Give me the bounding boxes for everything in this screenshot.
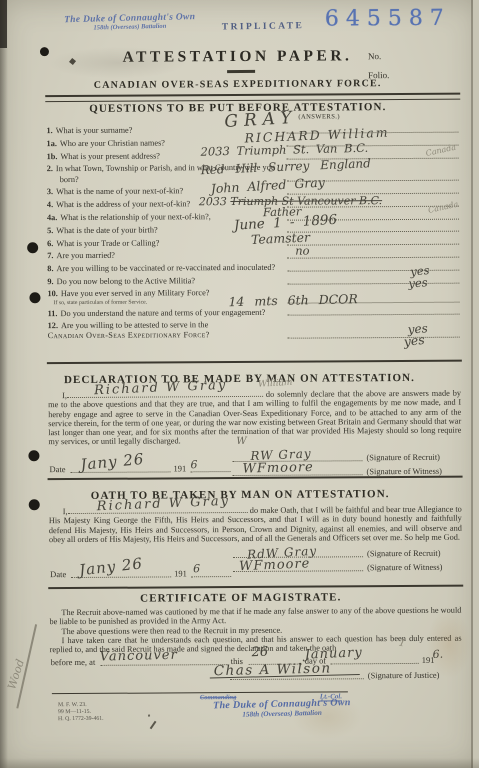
oath-year-handwritten: 6 <box>193 563 200 574</box>
answer-inoculated: yes <box>408 277 428 290</box>
question-text: What is the date of your birth? <box>56 225 157 235</box>
question-row-8: 8.Are you willing to be vaccinated or re… <box>47 262 461 275</box>
triplicate-stamp: TRIPLICATE <box>222 21 305 32</box>
oath-witness-sig-label: (Signature of Witness) <box>367 563 442 572</box>
section-rule <box>47 360 462 364</box>
declaration-title: DECLARATION TO BE MADE BY MAN ON ATTESTA… <box>0 372 479 387</box>
declaration-year-handwritten: 6 <box>190 459 197 470</box>
question-number: 11. <box>48 309 58 318</box>
answer-line <box>287 274 459 284</box>
ink-blot <box>28 450 39 461</box>
certificate-before-label: before me, at <box>51 657 96 667</box>
question-text: Do you now belong to the Active Militia? <box>57 276 196 286</box>
ink-blot <box>29 499 40 510</box>
declaration-witness-sig-label: (Signature of Witness) <box>367 467 442 476</box>
title-underline <box>227 70 255 73</box>
question-number: 1a. <box>47 139 57 148</box>
answer-married: no <box>295 246 309 258</box>
oath-title: OATH TO BE TAKEN BY MAN ON ATTESTATION. <box>1 488 479 503</box>
question-number: 4a. <box>47 213 57 222</box>
justice-sig-line <box>230 678 364 680</box>
question-number: 7. <box>47 252 53 261</box>
question-number: 2. <box>47 165 53 174</box>
question-row-9: 9.Do you now belong to the Active Militi… <box>47 274 461 287</box>
question-number: 4. <box>47 200 53 209</box>
serial-number-stamp: 645587 <box>325 6 451 32</box>
answer-line <box>287 236 459 246</box>
question-number: 1. <box>46 126 52 135</box>
certificate-place-handwritten: Vancouver <box>100 649 178 664</box>
question-text: Have you ever served in any Military For… <box>61 289 210 299</box>
oath-year-line <box>191 576 231 577</box>
answer-line <box>287 249 459 259</box>
bleed-through-smudge <box>48 46 188 79</box>
oath-date-label: Date <box>50 569 66 579</box>
question-number: 9. <box>47 277 53 286</box>
section-rule <box>48 585 463 589</box>
ink-blot <box>27 242 38 253</box>
ink-blot <box>40 47 49 56</box>
question-text: What is your surname? <box>56 126 133 135</box>
question-number: 6. <box>47 239 53 248</box>
certificate-month-handwritten: January <box>304 646 363 661</box>
certificate-para1: The Recruit above-named was cautioned by… <box>49 606 461 627</box>
ink-speck <box>150 721 157 730</box>
paper-stain <box>426 609 471 679</box>
certificate-day-handwritten: 26 <box>251 646 268 660</box>
page-subtitle: CANADIAN OVER-SEAS EXPEDITIONARY FORCE. <box>0 78 477 92</box>
answer-line <box>288 306 460 316</box>
question-number: 10. <box>47 290 57 299</box>
question-text: Who are your Christian names? <box>60 139 165 149</box>
question-text: Do you understand the nature and terms o… <box>60 308 265 318</box>
oath-recruit-sig-label: (Signature of Recruit) <box>367 549 441 558</box>
answer-line <box>288 329 460 339</box>
answer-line <box>287 262 459 272</box>
certificate-place-line <box>101 664 227 666</box>
scan-edge-right-margin <box>473 0 479 768</box>
question-number: 3. <box>47 188 53 197</box>
battalion-stamp-top: The Duke of Connaught's Own 158th (Overs… <box>50 12 210 33</box>
question-text: What is your Trade or Calling? <box>56 238 159 248</box>
scan-edge-left <box>0 0 8 768</box>
declaration-year-printed: 191 <box>173 463 186 473</box>
oath-witness-signature: WFmoore <box>239 557 311 573</box>
question-row-12: 12.Are you willing to be attested to ser… <box>48 319 462 342</box>
question-number: 5. <box>47 226 53 235</box>
certificate-title: CERTIFICATE OF MAGISTRATE. <box>1 591 479 606</box>
question-number: 8. <box>47 264 53 273</box>
question-text: What is the address of your next-of-kin? <box>56 199 190 209</box>
question-text: What is your present address? <box>60 151 160 161</box>
form-number-line3: H. Q. 1772-39-461. <box>58 716 104 723</box>
next-of-kin-address-prefix: 2033 <box>199 195 231 208</box>
section-rule <box>48 476 463 480</box>
answers-column-label: (ANSWERS.) <box>298 113 340 120</box>
form-numbers: M. F. W. 23. 99 M—11-15. H. Q. 1772-39-4… <box>58 702 104 723</box>
declaration-witness-signature: WFmoore <box>242 461 314 476</box>
question-number: 12. <box>48 321 58 330</box>
declaration-date-label: Date <box>49 464 65 474</box>
ink-blot <box>29 292 40 303</box>
ink-speck <box>148 715 150 717</box>
question-text: Are you married? <box>56 251 115 260</box>
attestation-paper-scan: The Duke of Connaught's Own 158th (Overs… <box>0 0 479 768</box>
question-text: What is the name of your next-of-kin? <box>56 187 183 197</box>
question-number: 1b. <box>47 152 58 161</box>
declaration-w-mark: W <box>236 437 246 447</box>
scan-edge-bottom <box>0 758 479 768</box>
scan-edge-corner <box>0 0 7 48</box>
answer-willing-to-serve: yes <box>403 334 425 349</box>
question-text-line2: Canadian Over-Seas Expeditionary Force? <box>61 330 286 342</box>
question-text: What is the relationship of your next-of… <box>60 212 211 222</box>
next-of-kin-address-struck: Triumph St Vancouver B.C. <box>230 194 382 208</box>
declaration-date-handwritten: Jany 26 <box>80 452 145 473</box>
oath-date-handwritten: Jany 26 <box>78 556 143 578</box>
question-text: Are you willing to be vaccinated or re-v… <box>56 263 275 273</box>
question-row-7: 7.Are you married? <box>47 249 461 262</box>
certificate-month-line <box>331 663 419 665</box>
oath-year-printed: 191 <box>174 568 187 578</box>
question-text: Are you willing to be attested to serve … <box>61 320 208 330</box>
paper-stain <box>292 694 362 739</box>
answer-military-service: 14 mts 6th DCOR <box>228 293 358 309</box>
justice-sig-label: (Signature of Justice) <box>368 671 440 680</box>
no-label: No. <box>368 51 381 61</box>
declaration-recruit-sig-label: (Signature of Recruit) <box>366 453 440 462</box>
